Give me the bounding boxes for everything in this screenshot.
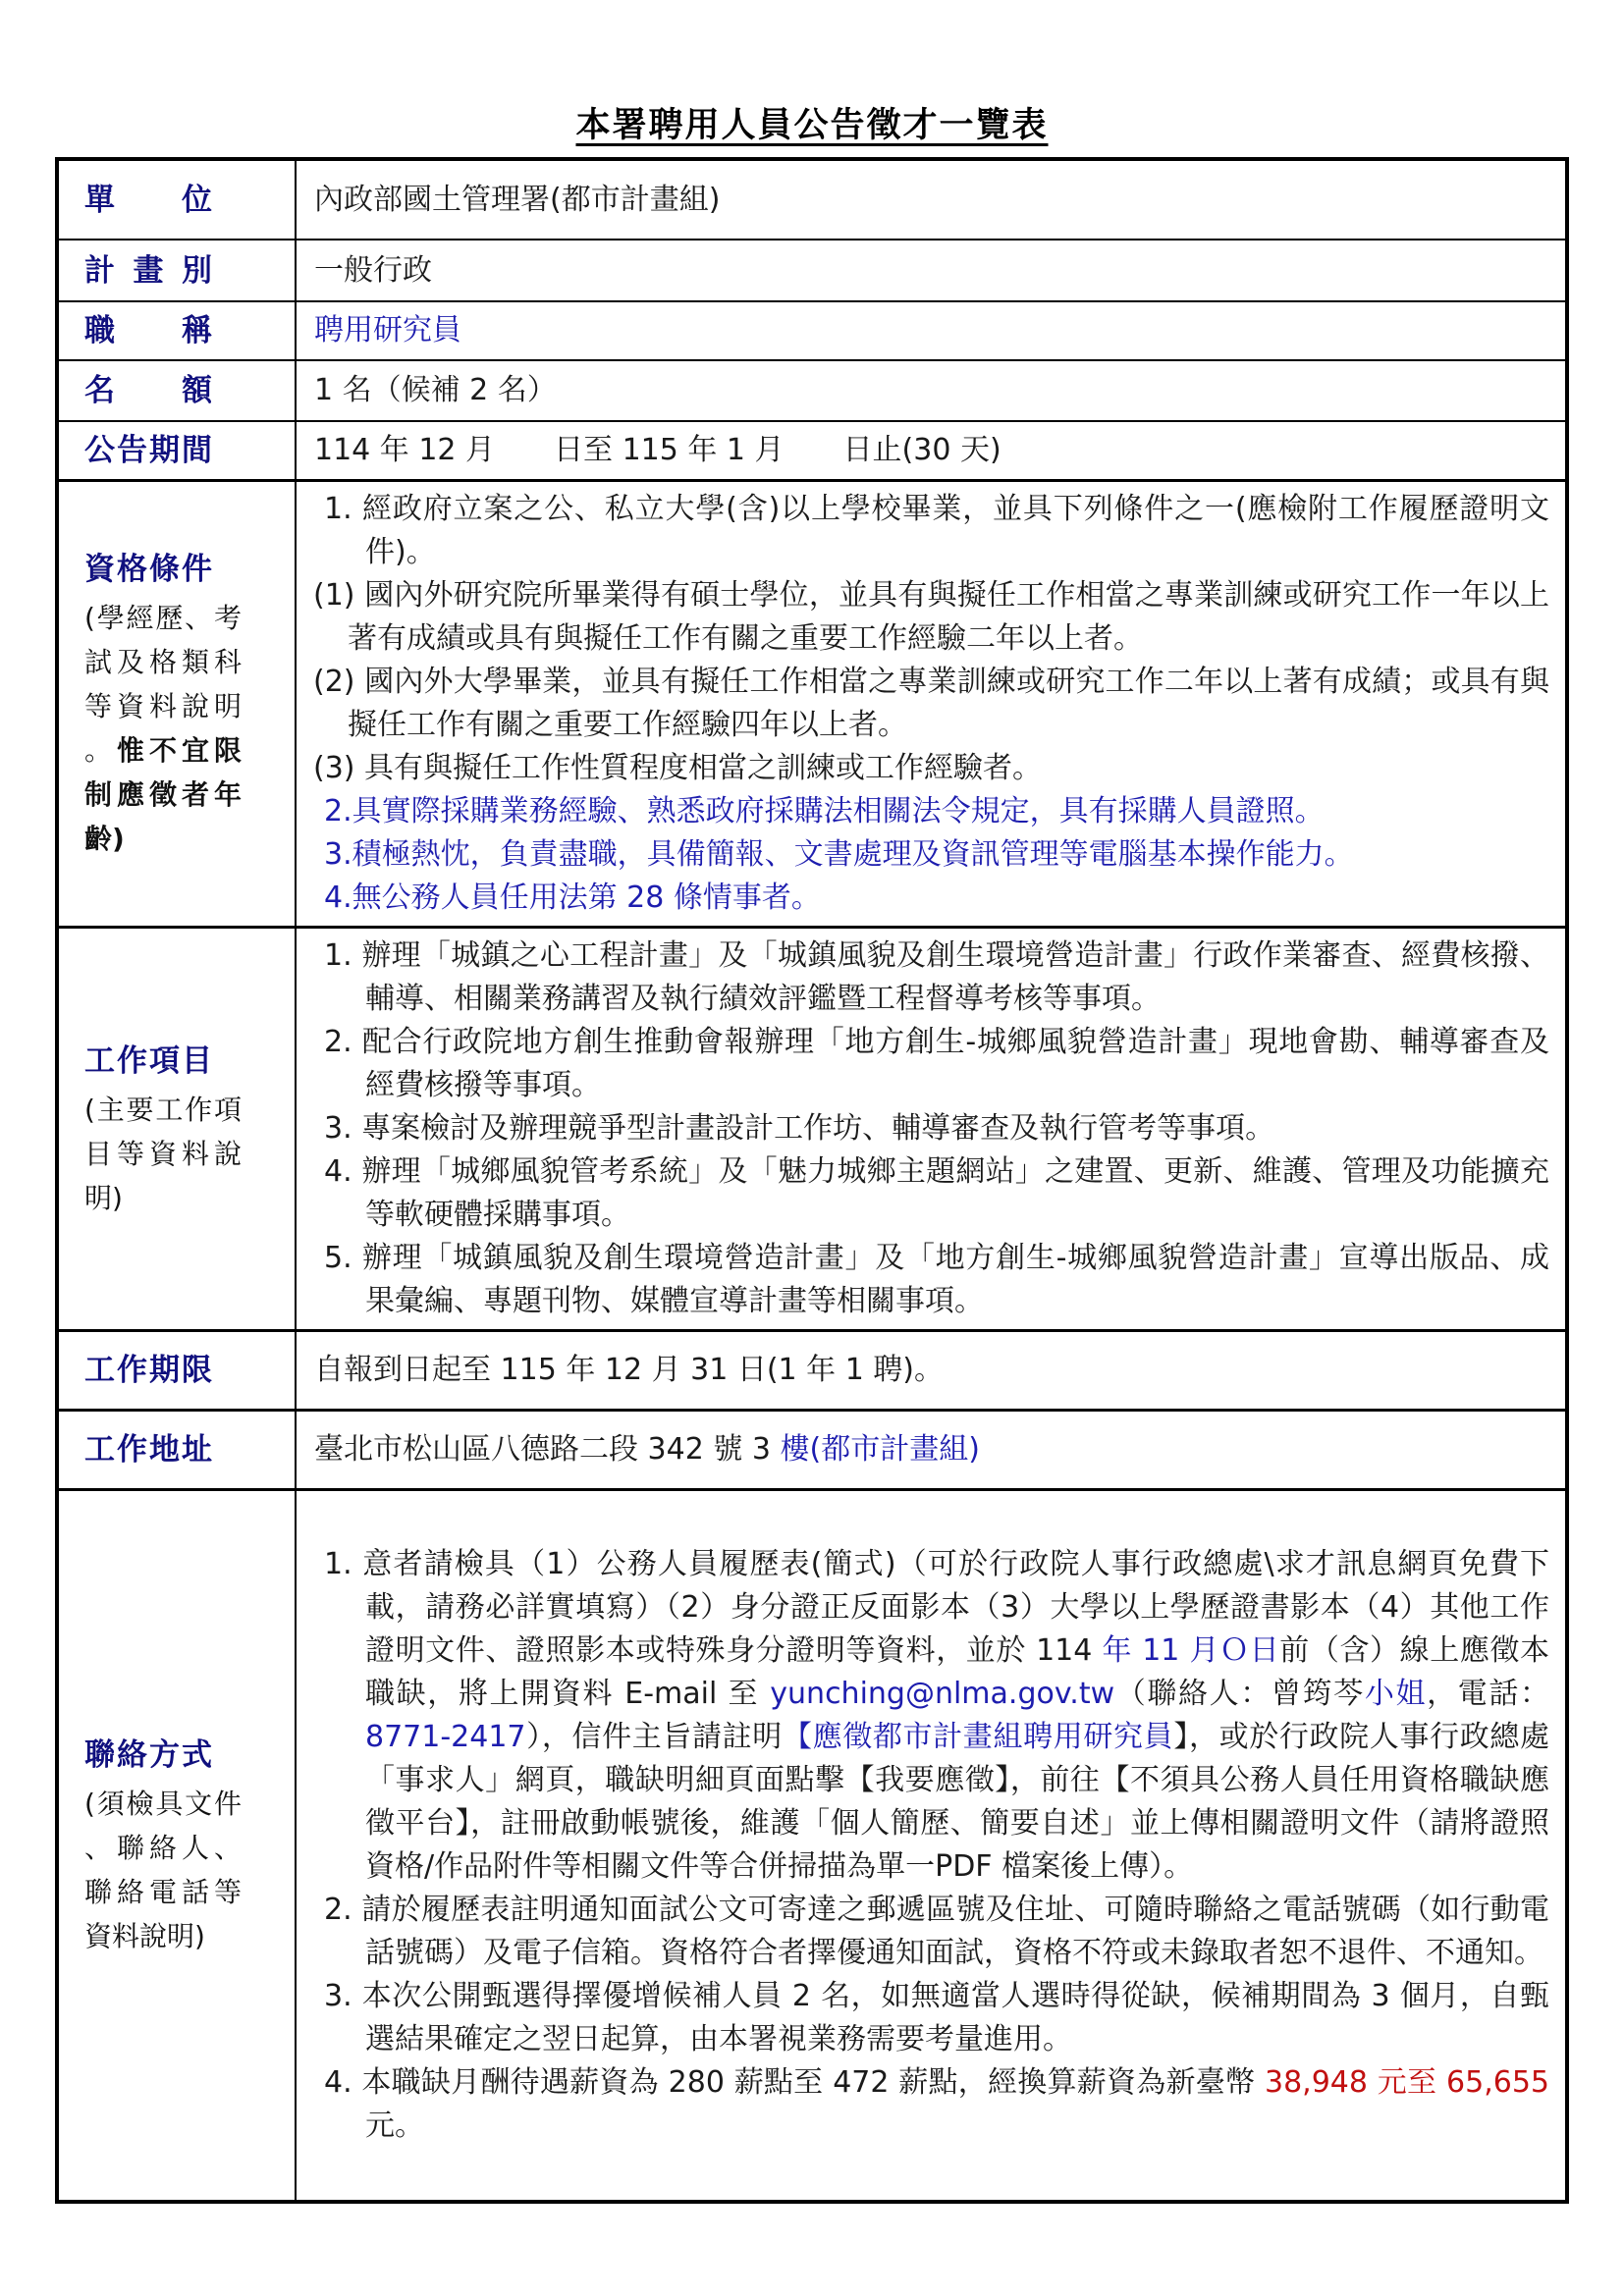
- text-segment: 1. 辦理「城鎮之心工程計畫」及「城鎮風貌及創生環境營造計畫」行政作業審查、經費…: [324, 938, 1549, 1016]
- list-item: 1. 辦理「城鎮之心工程計畫」及「城鎮風貌及創生環境營造計畫」行政作業審查、經費…: [308, 934, 1549, 1021]
- list-item: 3. 本次公開甄選得擇優增候補人員 2 名，如無適當人選時得從缺，候補期間為 3…: [308, 1975, 1549, 2061]
- table-row-duties: 工作項目 (主要工作項目等資料說明) 1. 辦理「城鎮之心工程計畫」及「城鎮風貌…: [57, 928, 1567, 1331]
- table-row-announce-period: 公告期間 114 年 12 月 日至 115 年 1 月 日止(30 天): [57, 421, 1567, 481]
- row-label-note: (主要工作項目等資料說明): [84, 1088, 242, 1220]
- value-cell: 114 年 12 月 日至 115 年 1 月 日止(30 天): [296, 421, 1567, 481]
- text-segment: (1) 國內外研究院所畢業得有碩士學位，並具有與擬任工作相當之專業訓練或研究工作…: [313, 578, 1549, 656]
- list-item: 4. 辦理「城鄉風貌管考系統」及「魅力城鄉主題網站」之建置、更新、維護、管理及功…: [308, 1150, 1549, 1237]
- text-segment: (2) 國內外大學畢業，並具有擬任工作相當之專業訓練或研究工作二年以上著有成績；…: [313, 665, 1549, 742]
- row-label: 單位: [84, 178, 212, 223]
- row-label: 資格條件: [84, 547, 212, 592]
- value-cell: 一般行政: [296, 240, 1567, 301]
- text-segment: 小姐: [1365, 1677, 1427, 1711]
- document-page: 本署聘用人員公告徵才一覽表 單位 內政部國土管理署(都市計畫組) 計畫別 一般行…: [0, 0, 1624, 2296]
- text-segment: 5. 辦理「城鎮風貌及創生環境營造計畫」及「地方創生-城鄉風貌營造計畫」宣導出版…: [324, 1241, 1549, 1318]
- row-label-note: (學經歷、考試及格類科等資料說明。惟不宜限制應徵者年齡): [84, 596, 242, 861]
- text-segment: 38,948 元至 65,655: [1265, 2065, 1549, 2100]
- text-segment: 元。: [365, 2109, 424, 2143]
- label-cell: 名額: [57, 360, 296, 421]
- list-item: (3) 具有與擬任工作性質程度相當之訓練或工作經驗者。: [308, 747, 1549, 790]
- label-cell: 資格條件 (學經歷、考試及格類科等資料說明。惟不宜限制應徵者年齡): [57, 481, 296, 928]
- table-row-work-period: 工作期限 自報到日起至 115 年 12 月 31 日(1 年 1 聘)。: [57, 1331, 1567, 1411]
- table-row-qualifications: 資格條件 (學經歷、考試及格類科等資料說明。惟不宜限制應徵者年齡) 1. 經政府…: [57, 481, 1567, 928]
- label-cell: 計畫別: [57, 240, 296, 301]
- value-cell: 臺北市松山區八德路二段 342 號 3 樓(都市計畫組): [296, 1411, 1567, 1490]
- list-item: 3.積極熱忱，負責盡職，具備簡報、文書處理及資訊管理等電腦基本操作能力。: [308, 833, 1549, 877]
- text-segment: 年 11 月Ｏ日: [1102, 1633, 1279, 1668]
- list-item: (2) 國內外大學畢業，並具有擬任工作相當之專業訓練或研究工作二年以上著有成績；…: [308, 661, 1549, 747]
- row-label: 名額: [84, 368, 212, 413]
- table-row-unit: 單位 內政部國土管理署(都市計畫組): [57, 159, 1567, 240]
- table-row-quota: 名額 1 名（候補 2 名）: [57, 360, 1567, 421]
- document-title: 本署聘用人員公告徵才一覽表: [0, 98, 1624, 147]
- row-value: 1 名（候補 2 名）: [308, 369, 1549, 412]
- row-value: 臺北市松山區八德路二段 342 號 3 樓(都市計畫組): [308, 1428, 1549, 1471]
- list-item: 2. 配合行政院地方創生推動會報辦理「地方創生-城鄉風貌營造計畫」現地會勘、輔導…: [308, 1021, 1549, 1107]
- label-cell: 工作期限: [57, 1331, 296, 1411]
- text-segment: yunching@nlma.gov.tw: [770, 1677, 1114, 1711]
- value-cell: 聘用研究員: [296, 301, 1567, 360]
- row-label: 聯絡方式: [84, 1733, 212, 1778]
- value-cell: 1. 經政府立案之公、私立大學(含)以上學校畢業，並具下列條件之一(應檢附工作履…: [296, 481, 1567, 928]
- table-row-job-title: 職稱 聘用研究員: [57, 301, 1567, 360]
- row-label: 工作期限: [84, 1348, 212, 1393]
- text-segment: 3.積極熱忱，負責盡職，具備簡報、文書處理及資訊管理等電腦基本操作能力。: [324, 837, 1354, 872]
- table-row-plan: 計畫別 一般行政: [57, 240, 1567, 301]
- row-label: 職稱: [84, 308, 212, 353]
- table-row-contact: 聯絡方式 (須檢具文件、聯絡人、聯絡電話等資料說明) 1. 意者請檢具（1）公務…: [57, 1490, 1567, 2202]
- list-item: 3. 專案檢討及辦理競爭型計畫設計工作坊、輔導審查及執行管考等事項。: [308, 1107, 1549, 1150]
- value-cell: 1. 辦理「城鎮之心工程計畫」及「城鎮風貌及創生環境營造計畫」行政作業審查、經費…: [296, 928, 1567, 1331]
- value-cell: 內政部國土管理署(都市計畫組): [296, 159, 1567, 240]
- label-cell: 工作地址: [57, 1411, 296, 1490]
- text-segment: 4.無公務人員任用法第 28 條情事者。: [324, 881, 821, 915]
- value-cell: 自報到日起至 115 年 12 月 31 日(1 年 1 聘)。: [296, 1331, 1567, 1411]
- text-segment: 2. 請於履歷表註明通知面試公文可寄達之郵遞區號及住址、可隨時聯絡之電話號碼（如…: [324, 1893, 1549, 1970]
- row-value: 自報到日起至 115 年 12 月 31 日(1 年 1 聘)。: [308, 1349, 1549, 1392]
- text-segment: 3. 專案檢討及辦理競爭型計畫設計工作坊、輔導審查及執行管考等事項。: [324, 1111, 1274, 1146]
- text-segment: ），信件主旨請註明: [526, 1720, 783, 1754]
- text-segment: 樓(都市計畫組): [781, 1432, 980, 1467]
- row-value: 一般行政: [308, 249, 1549, 293]
- list-item: 2. 請於履歷表註明通知面試公文可寄達之郵遞區號及住址、可隨時聯絡之電話號碼（如…: [308, 1889, 1549, 1975]
- table-row-work-address: 工作地址 臺北市松山區八德路二段 342 號 3 樓(都市計畫組): [57, 1411, 1567, 1490]
- row-label-note: (須檢具文件、聯絡人、聯絡電話等資料說明): [84, 1782, 242, 1958]
- text-segment: 1. 經政府立案之公、私立大學(含)以上學校畢業，並具下列條件之一(應檢附工作履…: [324, 492, 1549, 569]
- row-label: 計畫別: [84, 248, 212, 294]
- label-cell: 聯絡方式 (須檢具文件、聯絡人、聯絡電話等資料說明): [57, 1490, 296, 2202]
- text-segment: (3) 具有與擬任工作性質程度相當之訓練或工作經驗者。: [313, 751, 1042, 785]
- value-cell: 1. 意者請檢具（1）公務人員履歷表(簡式)（可於行政院人事行政總處\求才訊息網…: [296, 1490, 1567, 2202]
- value-cell: 1 名（候補 2 名）: [296, 360, 1567, 421]
- row-label: 公告期間: [84, 428, 212, 473]
- row-label: 工作項目: [84, 1039, 212, 1084]
- text-segment: 2. 配合行政院地方創生推動會報辦理「地方創生-城鄉風貌營造計畫」現地會勘、輔導…: [324, 1025, 1549, 1102]
- list-item: 4. 本職缺月酬待遇薪資為 280 薪點至 472 薪點，經換算薪資為新臺幣 3…: [308, 2061, 1549, 2148]
- text-segment: 2.具實際採購業務經驗、熟悉政府採購法相關法令規定，具有採購人員證照。: [324, 794, 1325, 828]
- label-cell: 工作項目 (主要工作項目等資料說明): [57, 928, 296, 1331]
- list-item: 5. 辦理「城鎮風貌及創生環境營造計畫」及「地方創生-城鄉風貌營造計畫」宣導出版…: [308, 1237, 1549, 1323]
- text-segment: 8771-2417: [365, 1720, 526, 1754]
- text-segment: 4. 辦理「城鄉風貌管考系統」及「魅力城鄉主題網站」之建置、更新、維護、管理及功…: [324, 1154, 1549, 1232]
- label-cell: 公告期間: [57, 421, 296, 481]
- row-value: 內政部國土管理署(都市計畫組): [308, 179, 1549, 222]
- text-segment: 【應徵都市計畫組聘用研究員: [783, 1720, 1173, 1754]
- label-cell: 職稱: [57, 301, 296, 360]
- row-label: 工作地址: [84, 1427, 212, 1472]
- row-value: 聘用研究員: [308, 309, 1549, 352]
- text-segment: 4. 本職缺月酬待遇薪資為 280 薪點至 472 薪點，經換算薪資為新臺幣: [324, 2065, 1265, 2100]
- text-segment: 3. 本次公開甄選得擇優增候補人員 2 名，如無適當人選時得從缺，候補期間為 3…: [324, 1979, 1549, 2056]
- row-value: 114 年 12 月 日至 115 年 1 月 日止(30 天): [308, 429, 1549, 472]
- text-segment: 臺北市松山區八德路二段 342 號 3: [314, 1432, 781, 1467]
- label-cell: 單位: [57, 159, 296, 240]
- recruitment-table: 單位 內政部國土管理署(都市計畫組) 計畫別 一般行政 職稱: [55, 157, 1569, 2204]
- text-segment: （聯絡人：曾筠芩: [1114, 1677, 1365, 1711]
- list-item: 4.無公務人員任用法第 28 條情事者。: [308, 877, 1549, 920]
- list-item: 1. 經政府立案之公、私立大學(含)以上學校畢業，並具下列條件之一(應檢附工作履…: [308, 488, 1549, 574]
- list-item: (1) 國內外研究院所畢業得有碩士學位，並具有與擬任工作相當之專業訓練或研究工作…: [308, 574, 1549, 661]
- list-item: 1. 意者請檢具（1）公務人員履歷表(簡式)（可於行政院人事行政總處\求才訊息網…: [308, 1543, 1549, 1889]
- text-segment: ，電話：: [1427, 1677, 1549, 1711]
- list-item: 2.具實際採購業務經驗、熟悉政府採購法相關法令規定，具有採購人員證照。: [308, 790, 1549, 833]
